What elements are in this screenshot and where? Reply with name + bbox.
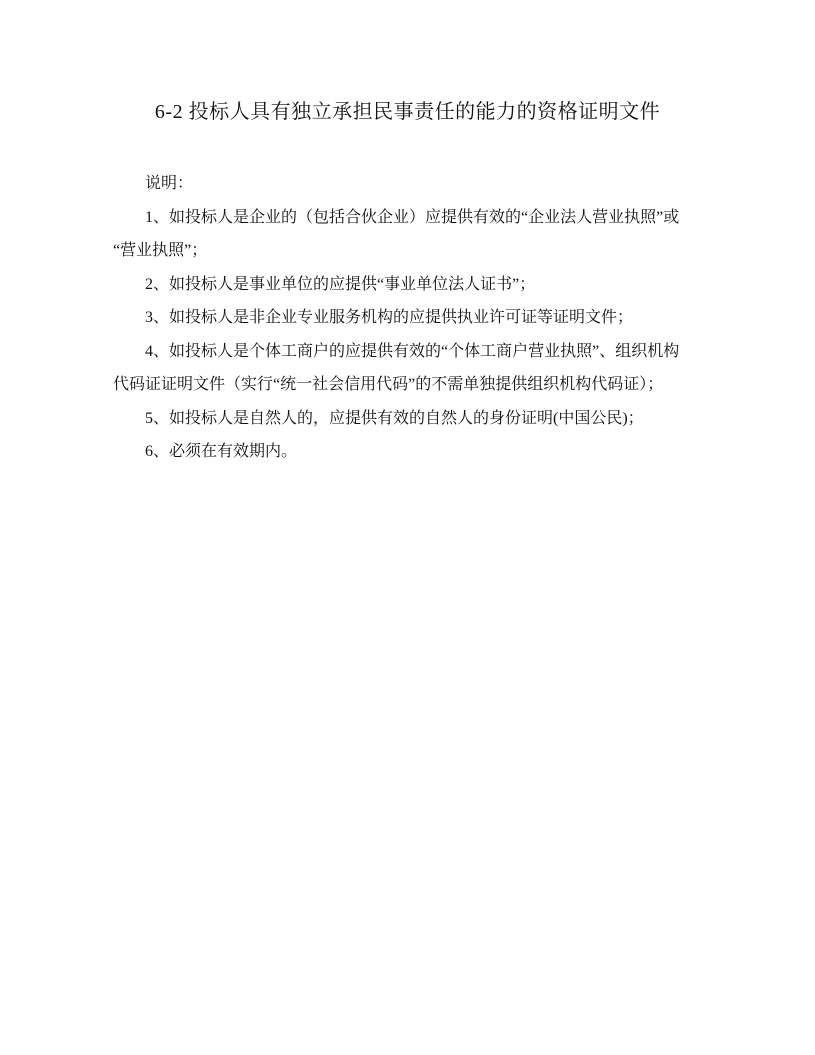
document-body: 说明： 1、如投标人是企业的（包括合伙企业）应提供有效的“企业法人营业执照”或 … [113,167,709,469]
document-line-item1: 1、如投标人是企业的（包括合伙企业）应提供有效的“企业法人营业执照”或 [113,201,709,235]
document-line-item3: 3、如投标人是非企业专业服务机构的应提供执业许可证等证明文件； [113,301,709,335]
document-line-item1-wrap: “营业执照”； [113,234,709,268]
document-line-item4-wrap: 代码证证明文件（实行“统一社会信用代码”的不需单独提供组织机构代码证）； [113,368,709,402]
document-line-item4: 4、如投标人是个体工商户的应提供有效的“个体工商户营业执照”、组织机构 [113,335,709,369]
document-line-note-label: 说明： [113,167,709,201]
document-line-item2: 2、如投标人是事业单位的应提供“事业单位法人证书”； [113,268,709,302]
document-title: 6-2 投标人具有独立承担民事责任的能力的资格证明文件 [0,97,815,127]
document-line-item6: 6、必须在有效期内。 [113,435,709,469]
document-line-item5: 5、如投标人是自然人的，应提供有效的自然人的身份证明(中国公民)； [113,402,709,436]
document-page: 6-2 投标人具有独立承担民事责任的能力的资格证明文件 说明： 1、如投标人是企… [0,0,815,1055]
